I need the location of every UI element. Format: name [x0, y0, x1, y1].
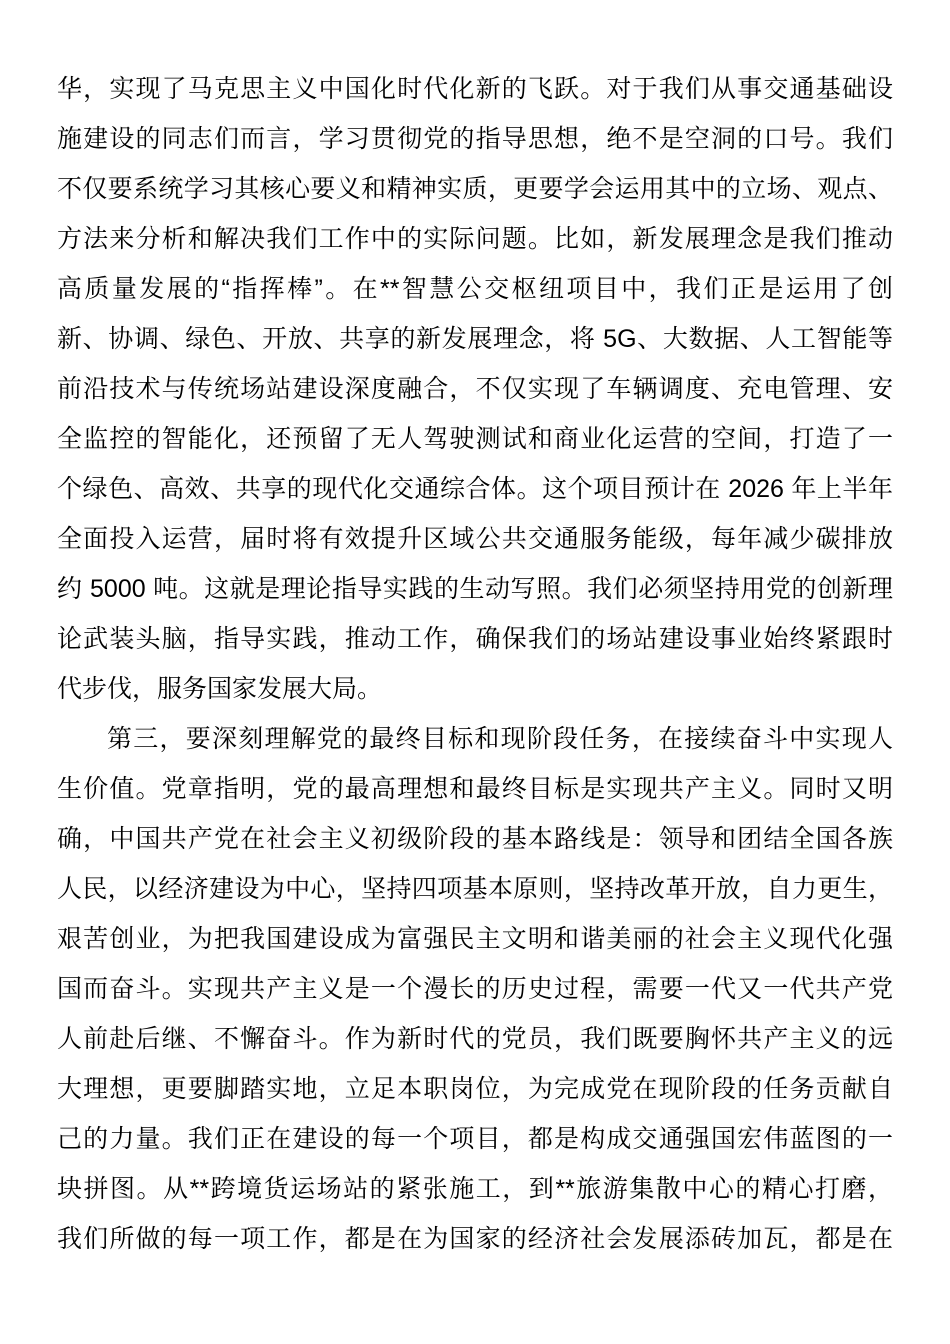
text-line: 论武装头脑，指导实践，推动工作，确保我们的场站建设事业始终紧跟时 [57, 614, 893, 664]
text-line: 人民，以经济建设为中心，坚持四项基本原则，坚持改革开放，自力更生， [57, 864, 893, 914]
text-line: 前沿技术与传统场站建设深度融合，不仅实现了车辆调度、充电管理、安 [57, 364, 893, 414]
text-line: 个绿色、高效、共享的现代化交通综合体。这个项目预计在 2026 年上半年 [57, 464, 893, 514]
paragraph-2: 第三，要深刻理解党的最终目标和现阶段任务，在接续奋斗中实现人 生价值。党章指明，… [57, 714, 893, 1264]
text-line: 人前赴后继、不懈奋斗。作为新时代的党员，我们既要胸怀共产主义的远 [57, 1014, 893, 1064]
text-line: 全监控的智能化，还预留了无人驾驶测试和商业化运营的空间，打造了一 [57, 414, 893, 464]
document-page: 华，实现了马克思主义中国化时代化新的飞跃。对于我们从事交通基础设 施建设的同志们… [0, 0, 950, 1344]
text-line: 高质量发展的“指挥棒”。在**智慧公交枢纽项目中，我们正是运用了创 [57, 264, 893, 314]
text-line: 国而奋斗。实现共产主义是一个漫长的历史过程，需要一代又一代共产党 [57, 964, 893, 1014]
text-line: 艰苦创业，为把我国建设成为富强民主文明和谐美丽的社会主义现代化强 [57, 914, 893, 964]
text-line: 新、协调、绿色、开放、共享的新发展理念，将 5G、大数据、人工智能等 [57, 314, 893, 364]
text-line: 全面投入运营，届时将有效提升区域公共交通服务能级，每年减少碳排放 [57, 514, 893, 564]
text-line: 不仅要系统学习其核心要义和精神实质，更要学会运用其中的立场、观点、 [57, 164, 893, 214]
text-line: 华，实现了马克思主义中国化时代化新的飞跃。对于我们从事交通基础设 [57, 64, 893, 114]
text-line: 确，中国共产党在社会主义初级阶段的基本路线是：领导和团结全国各族 [57, 814, 893, 864]
text-line: 块拼图。从**跨境货运场站的紧张施工，到**旅游集散中心的精心打磨， [57, 1164, 893, 1214]
paragraph-1: 华，实现了马克思主义中国化时代化新的飞跃。对于我们从事交通基础设 施建设的同志们… [57, 64, 893, 714]
text-line: 施建设的同志们而言，学习贯彻党的指导思想，绝不是空洞的口号。我们 [57, 114, 893, 164]
text-line: 己的力量。我们正在建设的每一个项目，都是构成交通强国宏伟蓝图的一 [57, 1114, 893, 1164]
text-line: 大理想，更要脚踏实地，立足本职岗位，为完成党在现阶段的任务贡献自 [57, 1064, 893, 1114]
text-line: 方法来分析和解决我们工作中的实际问题。比如，新发展理念是我们推动 [57, 214, 893, 264]
text-line: 生价值。党章指明，党的最高理想和最终目标是实现共产主义。同时又明 [57, 764, 893, 814]
text-line: 代步伐，服务国家发展大局。 [57, 664, 893, 714]
text-line: 我们所做的每一项工作，都是在为国家的经济社会发展添砖加瓦，都是在 [57, 1214, 893, 1264]
text-line: 约 5000 吨。这就是理论指导实践的生动写照。我们必须坚持用党的创新理 [57, 564, 893, 614]
text-line: 第三，要深刻理解党的最终目标和现阶段任务，在接续奋斗中实现人 [57, 714, 893, 764]
